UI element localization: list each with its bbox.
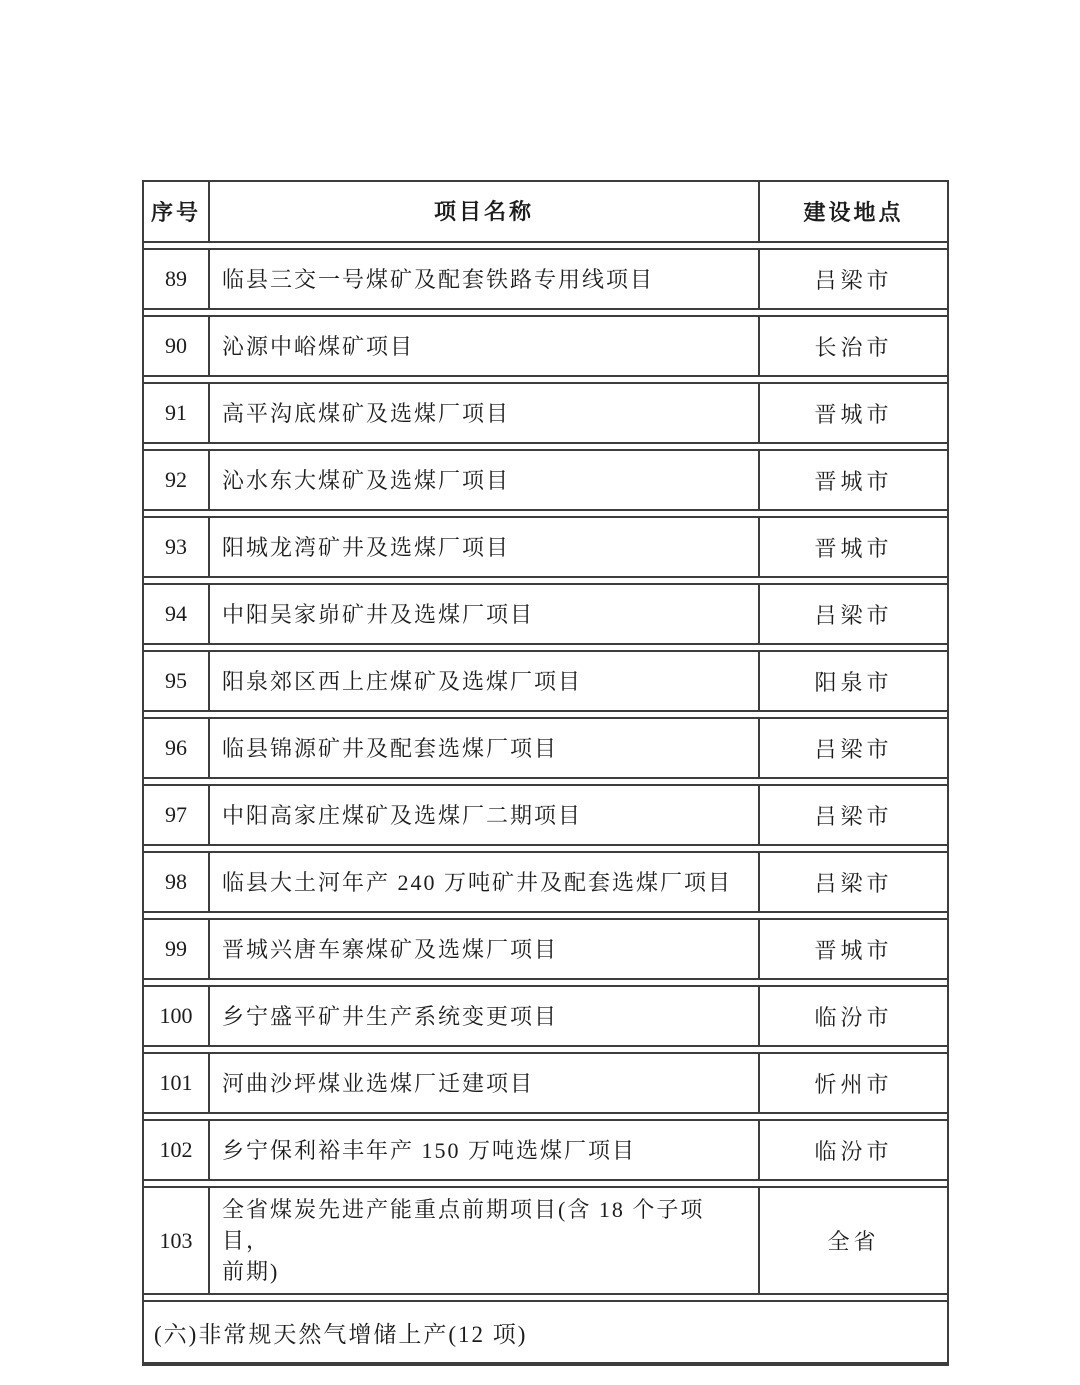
cell-serial-number: 92 xyxy=(144,451,208,509)
cell-project-name: 晋城兴唐车寨煤矿及选煤厂项目 xyxy=(208,920,760,978)
section-footer-row: (六)非常规天然气增储上产(12 项) xyxy=(144,1300,947,1362)
table-row: 89 临县三交一号煤矿及配套铁路专用线项目 吕梁市 xyxy=(144,248,947,310)
table-row: 99 晋城兴唐车寨煤矿及选煤厂项目 晋城市 xyxy=(144,918,947,980)
cell-project-name: 河曲沙坪煤业选煤厂迁建项目 xyxy=(208,1054,760,1112)
cell-project-name: 阳城龙湾矿井及选煤厂项目 xyxy=(208,518,760,576)
section-title: (六)非常规天然气增储上产(12 项) xyxy=(144,1302,947,1362)
table-row: 94 中阳吴家峁矿井及选煤厂项目 吕梁市 xyxy=(144,583,947,645)
cell-location: 晋城市 xyxy=(760,518,947,576)
cell-project-name: 临县三交一号煤矿及配套铁路专用线项目 xyxy=(208,250,760,308)
cell-project-name: 沁水东大煤矿及选煤厂项目 xyxy=(208,451,760,509)
cell-project-name: 临县锦源矿井及配套选煤厂项目 xyxy=(208,719,760,777)
cell-project-name: 中阳高家庄煤矿及选煤厂二期项目 xyxy=(208,786,760,844)
cell-location: 临汾市 xyxy=(760,987,947,1045)
cell-location: 晋城市 xyxy=(760,451,947,509)
cell-location: 吕梁市 xyxy=(760,250,947,308)
cell-serial-number: 93 xyxy=(144,518,208,576)
cell-location: 忻州市 xyxy=(760,1054,947,1112)
cell-location: 晋城市 xyxy=(760,920,947,978)
table-row: 95 阳泉郊区西上庄煤矿及选煤厂项目 阳泉市 xyxy=(144,650,947,712)
cell-serial-number: 91 xyxy=(144,384,208,442)
cell-location: 吕梁市 xyxy=(760,585,947,643)
cell-serial-number: 94 xyxy=(144,585,208,643)
cell-serial-number: 98 xyxy=(144,853,208,911)
table-row: 90 沁源中峪煤矿项目 长治市 xyxy=(144,315,947,377)
table-row: 96 临县锦源矿井及配套选煤厂项目 吕梁市 xyxy=(144,717,947,779)
projects-table: 序号 项目名称 建设地点 89 临县三交一号煤矿及配套铁路专用线项目 吕梁市 9… xyxy=(142,180,949,1366)
table-row: 91 高平沟底煤矿及选煤厂项目 晋城市 xyxy=(144,382,947,444)
cell-serial-number: 97 xyxy=(144,786,208,844)
cell-project-name: 阳泉郊区西上庄煤矿及选煤厂项目 xyxy=(208,652,760,710)
table-row: 100 乡宁盛平矿井生产系统变更项目 临汾市 xyxy=(144,985,947,1047)
cell-serial-number: 99 xyxy=(144,920,208,978)
cell-project-name: 乡宁盛平矿井生产系统变更项目 xyxy=(208,987,760,1045)
cell-project-name: 全省煤炭先进产能重点前期项目(含 18 个子项目， 前期) xyxy=(208,1188,760,1293)
cell-project-name: 沁源中峪煤矿项目 xyxy=(208,317,760,375)
cell-location: 吕梁市 xyxy=(760,786,947,844)
cell-location: 全省 xyxy=(760,1188,947,1293)
cell-location: 吕梁市 xyxy=(760,719,947,777)
table-header-row: 序号 项目名称 建设地点 xyxy=(144,182,947,243)
header-cell-serial-number: 序号 xyxy=(144,182,208,241)
header-cell-location: 建设地点 xyxy=(760,182,947,241)
table-row: 101 河曲沙坪煤业选煤厂迁建项目 忻州市 xyxy=(144,1052,947,1114)
table-body: 89 临县三交一号煤矿及配套铁路专用线项目 吕梁市 90 沁源中峪煤矿项目 长治… xyxy=(144,248,947,1295)
cell-location: 吕梁市 xyxy=(760,853,947,911)
cell-serial-number: 90 xyxy=(144,317,208,375)
table-row: 98 临县大土河年产 240 万吨矿井及配套选煤厂项目 吕梁市 xyxy=(144,851,947,913)
cell-project-name: 临县大土河年产 240 万吨矿井及配套选煤厂项目 xyxy=(208,853,760,911)
cell-serial-number: 102 xyxy=(144,1121,208,1179)
cell-location: 阳泉市 xyxy=(760,652,947,710)
cell-location: 晋城市 xyxy=(760,384,947,442)
table-row: 102 乡宁保利裕丰年产 150 万吨选煤厂项目 临汾市 xyxy=(144,1119,947,1181)
table-row: 97 中阳高家庄煤矿及选煤厂二期项目 吕梁市 xyxy=(144,784,947,846)
cell-serial-number: 89 xyxy=(144,250,208,308)
cell-serial-number: 101 xyxy=(144,1054,208,1112)
cell-project-name: 中阳吴家峁矿井及选煤厂项目 xyxy=(208,585,760,643)
cell-project-name: 乡宁保利裕丰年产 150 万吨选煤厂项目 xyxy=(208,1121,760,1179)
header-cell-project-name: 项目名称 xyxy=(208,182,760,241)
table-row: 103 全省煤炭先进产能重点前期项目(含 18 个子项目， 前期) 全省 xyxy=(144,1186,947,1295)
cell-serial-number: 103 xyxy=(144,1188,208,1293)
table-row: 93 阳城龙湾矿井及选煤厂项目 晋城市 xyxy=(144,516,947,578)
cell-project-name: 高平沟底煤矿及选煤厂项目 xyxy=(208,384,760,442)
cell-serial-number: 95 xyxy=(144,652,208,710)
cell-serial-number: 100 xyxy=(144,987,208,1045)
cell-location: 临汾市 xyxy=(760,1121,947,1179)
cell-location: 长治市 xyxy=(760,317,947,375)
table-row: 92 沁水东大煤矿及选煤厂项目 晋城市 xyxy=(144,449,947,511)
cell-serial-number: 96 xyxy=(144,719,208,777)
